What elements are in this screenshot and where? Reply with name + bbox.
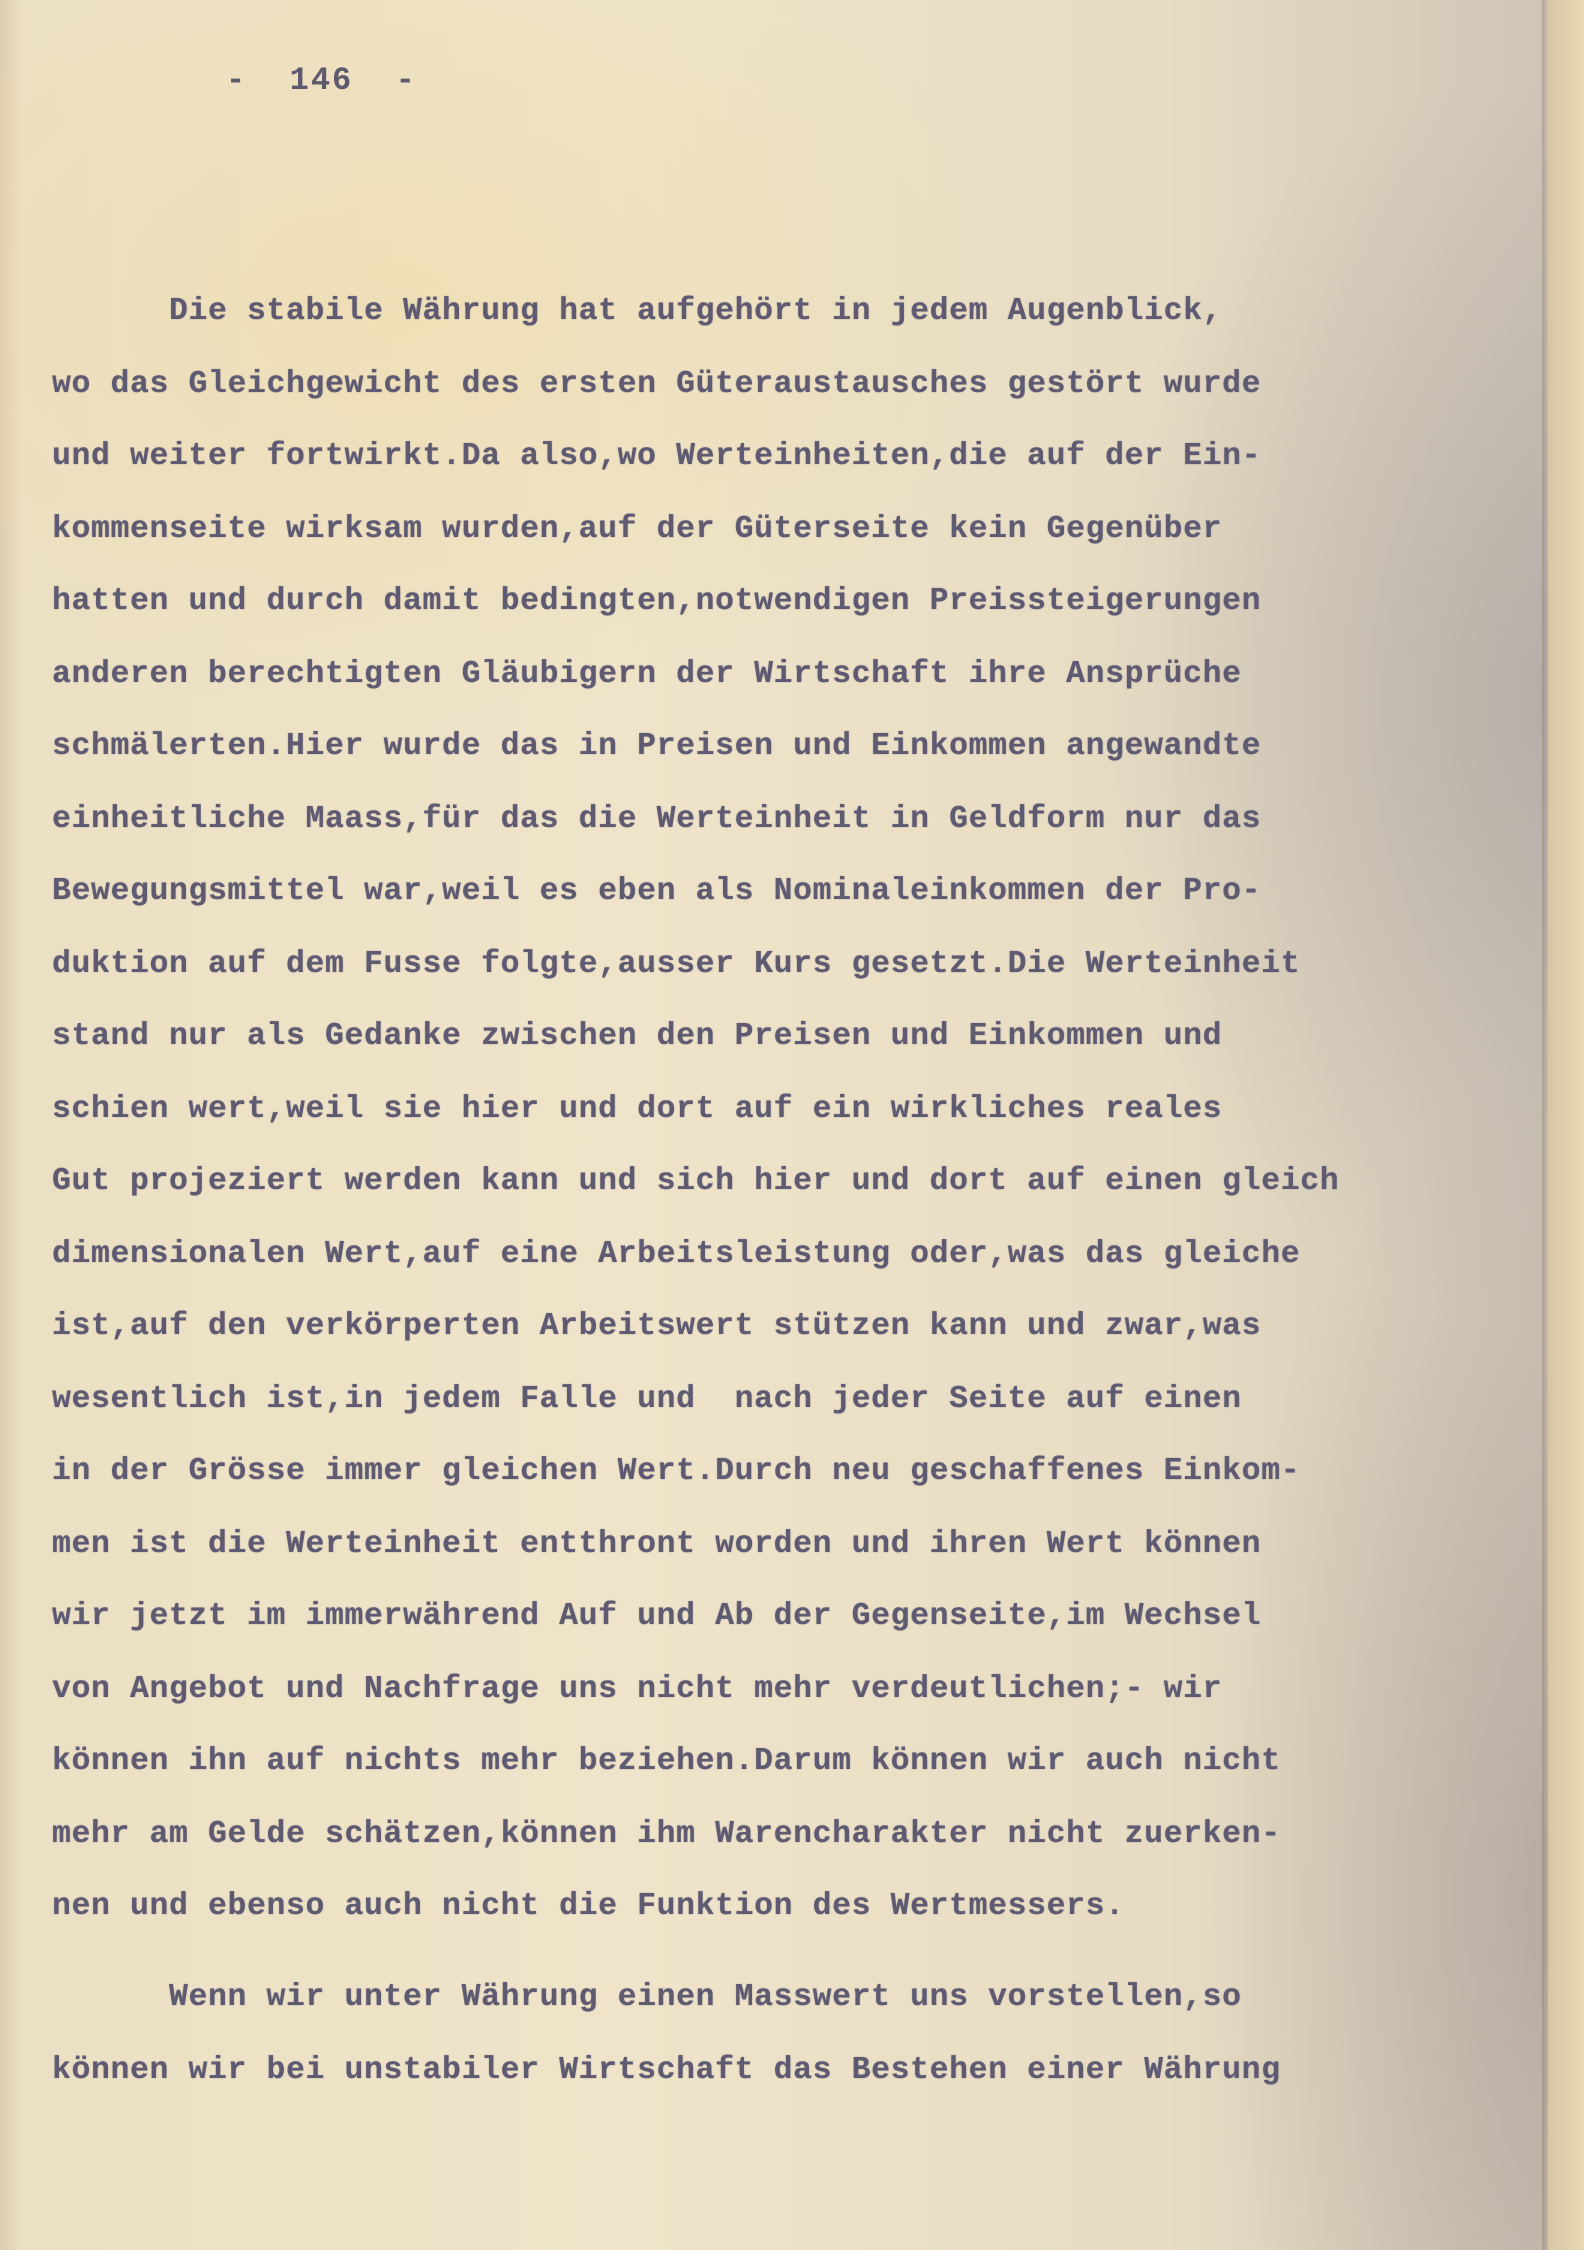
- text-line: men ist die Werteinheit entthront worden…: [52, 1509, 1339, 1582]
- text-line: hatten und durch damit bedingten,notwend…: [52, 566, 1339, 639]
- text-line: und weiter fortwirkt.Da also,wo Werteinh…: [52, 421, 1339, 494]
- paragraph-2: Wenn wir unter Währung einen Masswert un…: [52, 1962, 1281, 2107]
- text-line: duktion auf dem Fusse folgte,ausser Kurs…: [52, 929, 1339, 1002]
- text-line: Gut projeziert werden kann und sich hier…: [52, 1146, 1339, 1219]
- text-line: wo das Gleichgewicht des ersten Güteraus…: [52, 349, 1339, 422]
- text-line: anderen berechtigten Gläubigern der Wirt…: [52, 639, 1339, 712]
- text-line: können ihn auf nichts mehr beziehen.Daru…: [52, 1726, 1339, 1799]
- text-line: von Angebot und Nachfrage uns nicht mehr…: [52, 1654, 1339, 1727]
- text-line: wir jetzt im immerwährend Auf und Ab der…: [52, 1581, 1339, 1654]
- text-line: Wenn wir unter Währung einen Masswert un…: [52, 1962, 1281, 2035]
- text-line: dimensionalen Wert,auf eine Arbeitsleist…: [52, 1219, 1339, 1292]
- text-line: einheitliche Maass,für das die Werteinhe…: [52, 784, 1339, 857]
- text-line: ist,auf den verkörperten Arbeitswert stü…: [52, 1291, 1339, 1364]
- text-line: kommenseite wirksam wurden,auf der Güter…: [52, 494, 1339, 567]
- text-line: schmälerten.Hier wurde das in Preisen un…: [52, 711, 1339, 784]
- text-line: schien wert,weil sie hier und dort auf e…: [52, 1074, 1339, 1147]
- text-line: stand nur als Gedanke zwischen den Preis…: [52, 1001, 1339, 1074]
- text-line: nen und ebenso auch nicht die Funktion d…: [52, 1871, 1339, 1944]
- scanned-page: - 146 - Die stabile Währung hat aufgehör…: [0, 0, 1548, 2250]
- text-line: können wir bei unstabiler Wirtschaft das…: [52, 2035, 1281, 2108]
- text-line: in der Grösse immer gleichen Wert.Durch …: [52, 1436, 1339, 1509]
- page-number: - 146 -: [226, 62, 417, 99]
- text-line: wesentlich ist,in jedem Falle und nach j…: [52, 1364, 1339, 1437]
- text-line: Die stabile Währung hat aufgehört in jed…: [52, 276, 1339, 349]
- text-line: Bewegungsmittel war,weil es eben als Nom…: [52, 856, 1339, 929]
- text-line: mehr am Gelde schätzen,können ihm Warenc…: [52, 1799, 1339, 1872]
- paragraph-1: Die stabile Währung hat aufgehört in jed…: [52, 276, 1339, 1944]
- page-edge-strip: [1548, 0, 1584, 2250]
